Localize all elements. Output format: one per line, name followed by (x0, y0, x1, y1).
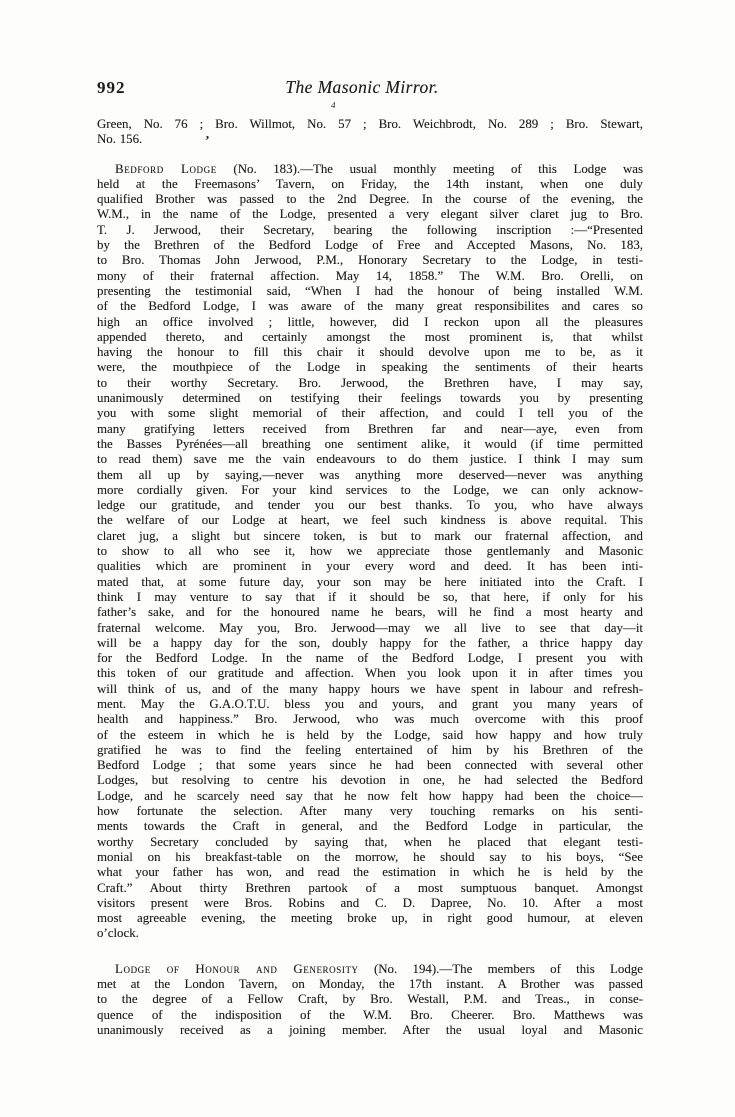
text-line: Green, No. 76 ; Bro. Willmot, No. 57 ; B… (97, 117, 643, 132)
text-line: Bedford Lodge ; that some years since he… (97, 758, 643, 773)
text-line: were, the mouthpiece of the Lodge in spe… (97, 360, 643, 375)
text-line: mated that, at some future day, your son… (97, 575, 643, 590)
text-line: Lodge of Honour and Generosity (No. 194)… (97, 962, 643, 977)
text-line: what your father has won, and read the e… (97, 865, 643, 880)
text-line: high an office involved ; little, howeve… (97, 315, 643, 330)
text-line: to Bro. Thomas John Jerwood, P.M., Honor… (97, 253, 643, 268)
bedford-lodge-paragraph: Bedford Lodge (No. 183).—The usual month… (97, 162, 643, 942)
text-line: for the Bedford Lodge. In the name of th… (97, 651, 643, 666)
text-line: mony of their fraternal affection. May 1… (97, 269, 643, 284)
text-line: ledge our gratitude, and tender you our … (97, 498, 643, 513)
text-line: T. J. Jerwood, their Secretary, bearing … (97, 223, 643, 238)
text-line: Craft.” About thirty Brethren partook of… (97, 881, 643, 896)
text-line: having the honour to fill this chair it … (97, 345, 643, 360)
text-line: ments towards the Craft in general, and … (97, 819, 643, 834)
text-line: to read them) save me the vain endeavour… (97, 452, 643, 467)
text-line: Bedford Lodge (No. 183).—The usual month… (97, 162, 643, 177)
text-line: W.M., in the name of the Lodge, presente… (97, 207, 643, 222)
text-line: unanimously received as a joining member… (97, 1023, 643, 1038)
continuation-paragraph: Green, No. 76 ; Bro. Willmot, No. 57 ; B… (97, 117, 643, 148)
text-line: appended thereto, and certainly amongst … (97, 330, 643, 345)
running-title: The Masonic Mirror. (97, 77, 627, 98)
text-line: met at the London Tavern, on Monday, the… (97, 977, 643, 992)
text-line: most agreeable evening, the meeting brok… (97, 911, 643, 926)
text-line: think I may venture to say that if it sh… (97, 590, 643, 605)
text-line: monial on his breakfast-table on the mor… (97, 850, 643, 865)
text-line: them all up by saying,—never was anythin… (97, 468, 643, 483)
text-line: the welfare of our Lodge at heart, we fe… (97, 513, 643, 528)
text-line: qualified Brother was passed to the 2nd … (97, 192, 643, 207)
text-line: of the esteem in which he is held by the… (97, 728, 643, 743)
text-line: quence of the indisposition of the W.M. … (97, 1008, 643, 1023)
text-line: Lodges, but resolving to centre his devo… (97, 773, 643, 788)
text-line: worthy Secretary concluded by saying tha… (97, 835, 643, 850)
text-line: will be a happy day for the son, doubly … (97, 636, 643, 651)
text-line: unanimously determined on testifying the… (97, 391, 643, 406)
text-line: more cordially given. For your kind serv… (97, 483, 643, 498)
text-line: No. 156. (97, 132, 643, 147)
text-line: to the degree of a Fellow Craft, by Bro.… (97, 992, 643, 1007)
page-text: Green, No. 76 ; Bro. Willmot, No. 57 ; B… (97, 117, 643, 1038)
first-line-text: (No. 194).—The members of this Lodge (359, 962, 643, 976)
first-line-text: (No. 183).—The usual monthly meeting of … (217, 162, 643, 176)
text-line: held at the Freemasons’ Tavern, on Frida… (97, 177, 643, 192)
text-line: to show to all who see it, how we apprec… (97, 544, 643, 559)
text-line: this token of our gratitude and affectio… (97, 666, 643, 681)
lodge-name-smallcaps: Bedford Lodge (115, 162, 217, 176)
text-line: health and happiness.” Bro. Jerwood, who… (97, 712, 643, 727)
scanned-page: 992 The Masonic Mirror. 4 , Green, No. 7… (0, 0, 735, 1117)
text-line: father’s sake, and for the honoured name… (97, 605, 643, 620)
text-line: the Basses Pyrénées—all breathing one se… (97, 437, 643, 452)
text-line: ment. May the G.A.O.T.U. bless you and y… (97, 697, 643, 712)
text-line: many gratifying letters received from Br… (97, 422, 643, 437)
text-line: by the Brethren of the Bedford Lodge of … (97, 238, 643, 253)
ink-artifact: 4 (330, 101, 336, 110)
text-line: o’clock. (97, 926, 643, 941)
text-line: visitors present were Bros. Robins and C… (97, 896, 643, 911)
text-line: of the Bedford Lodge, I was aware of the… (97, 299, 643, 314)
text-line: will think of us, and of the many happy … (97, 682, 643, 697)
text-line: presenting the testimonial said, “When I… (97, 284, 643, 299)
text-line: fraternal welcome. May you, Bro. Jerwood… (97, 621, 643, 636)
text-line: Lodge, and he scarcely need say that he … (97, 789, 643, 804)
lodge-name-smallcaps: Lodge of Honour and Generosity (115, 962, 359, 976)
text-line: claret jug, a slight but sincere token, … (97, 529, 643, 544)
text-line: to their worthy Secretary. Bro. Jerwood,… (97, 376, 643, 391)
text-line: gratified he was to find the feeling ent… (97, 743, 643, 758)
lodge-of-honour-paragraph: Lodge of Honour and Generosity (No. 194)… (97, 962, 643, 1038)
text-line: qualities which are prominent in your ev… (97, 559, 643, 574)
text-line: you with some slight memorial of their a… (97, 406, 643, 421)
text-line: how fortunate the selection. After many … (97, 804, 643, 819)
